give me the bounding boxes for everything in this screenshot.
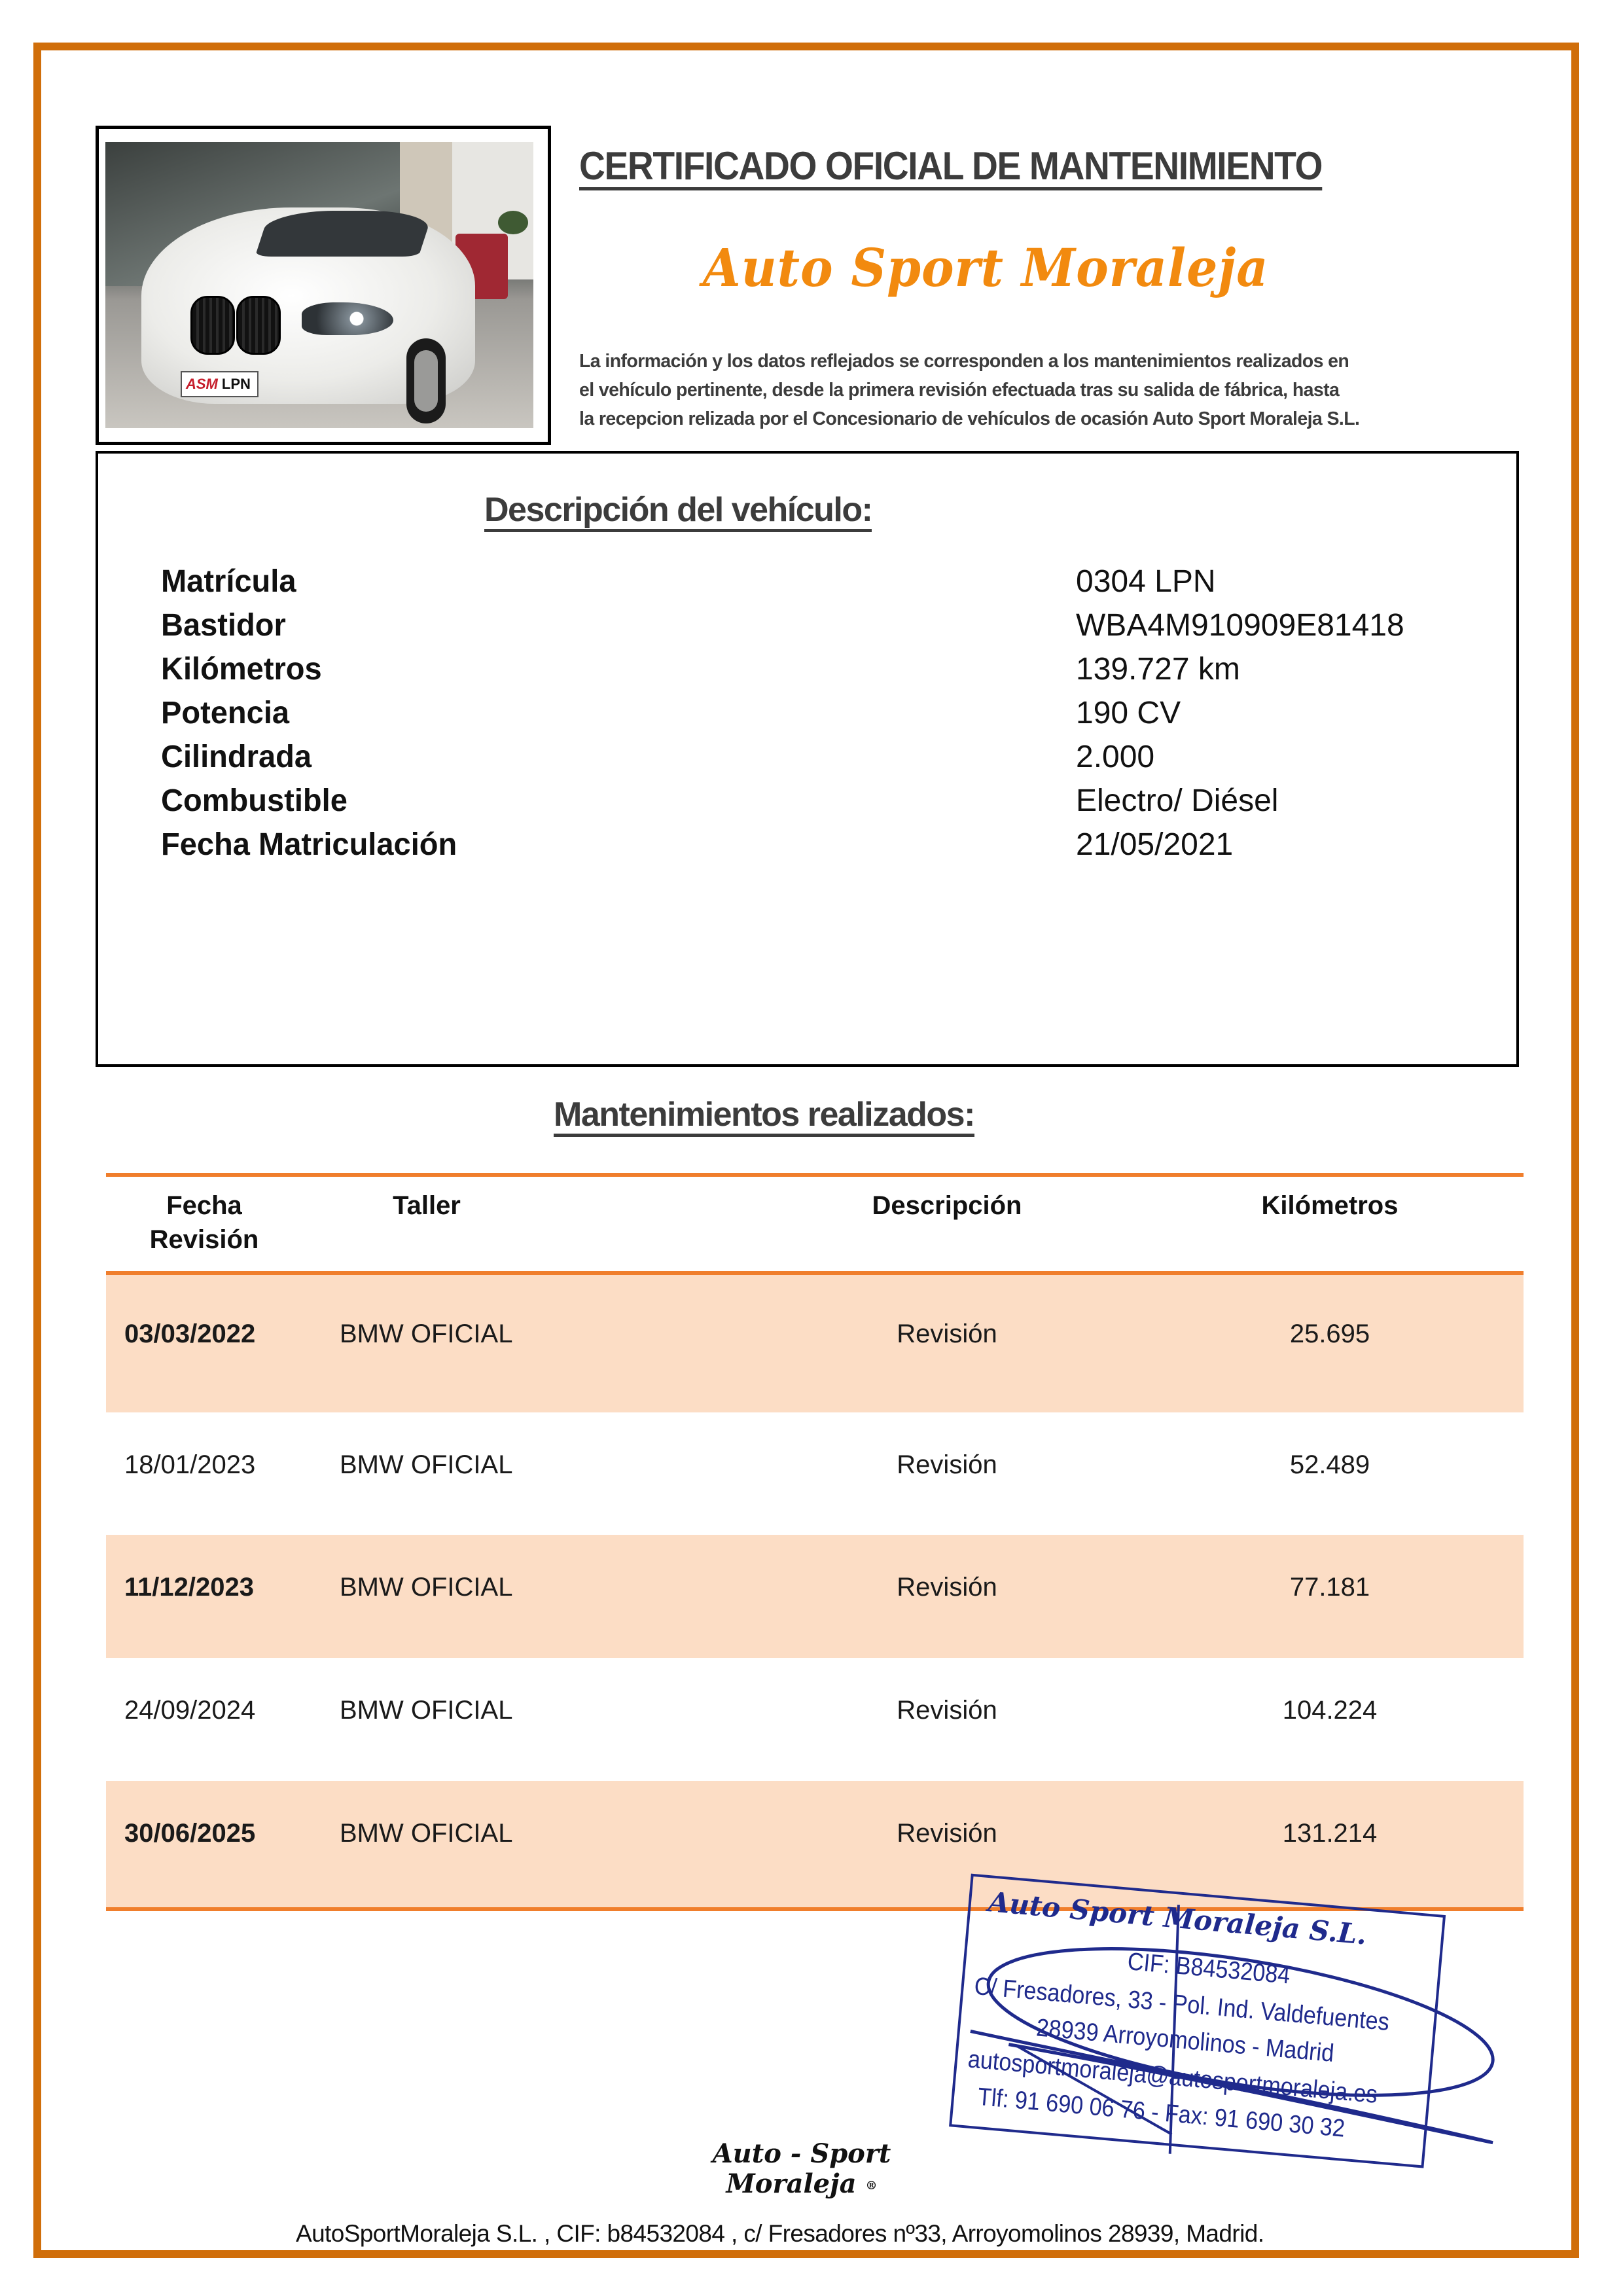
spec-label: Kilómetros	[161, 647, 322, 691]
spec-value: Electro/ Diésel	[1076, 779, 1278, 823]
brand-title: Auto Sport Moraleja	[703, 237, 1268, 298]
footer-logo-line1: Auto - Sport	[694, 2139, 910, 2169]
cell-km: 104.224	[1219, 1696, 1441, 1725]
spec-label: Fecha Matriculación	[161, 823, 457, 867]
spec-value: 139.727 km	[1076, 647, 1240, 691]
vehicle-photo-frame: ASMLPN	[96, 126, 551, 445]
intro-paragraph: La información y los datos reflejados se…	[579, 347, 1535, 433]
registered-mark: ®	[865, 2179, 877, 2193]
vehicle-section-title: Descripción del vehículo:	[484, 491, 872, 532]
cell-workshop: BMW OFICIAL	[340, 1319, 512, 1349]
spec-row-cilindrada: Cilindrada 2.000	[161, 735, 1470, 779]
maintenance-section-title: Mantenimientos realizados:	[554, 1096, 974, 1137]
plate-text: LPN	[222, 376, 251, 392]
spec-label: Potencia	[161, 691, 289, 735]
footer-company-info: AutoSportMoraleja S.L. , CIF: b84532084 …	[296, 2220, 1264, 2248]
spec-value: WBA4M910909E81418	[1076, 603, 1404, 647]
spec-label: Matrícula	[161, 560, 296, 603]
spec-label: Bastidor	[161, 603, 286, 647]
cell-km: 25.695	[1219, 1319, 1441, 1349]
cell-description: Revisión	[760, 1819, 1133, 1848]
column-header-km: Kilómetros	[1219, 1189, 1441, 1223]
cell-date: 24/09/2024	[124, 1696, 255, 1725]
spec-value: 190 CV	[1076, 691, 1181, 735]
cell-description: Revisión	[760, 1696, 1133, 1725]
cell-workshop: BMW OFICIAL	[340, 1450, 512, 1480]
table-row: 30/06/2025BMW OFICIALRevisión131.214	[106, 1781, 1524, 1907]
cell-date: 30/06/2025	[124, 1819, 255, 1848]
cell-description: Revisión	[760, 1450, 1133, 1480]
column-header-date: Fecha Revisión	[106, 1189, 302, 1257]
cell-km: 52.489	[1219, 1450, 1441, 1480]
cell-workshop: BMW OFICIAL	[340, 1573, 512, 1602]
cell-description: Revisión	[760, 1573, 1133, 1602]
footer-logo-line2: Moraleja	[726, 2168, 857, 2199]
spec-row-combustible: Combustible Electro/ Diésel	[161, 779, 1470, 823]
cell-workshop: BMW OFICIAL	[340, 1819, 512, 1848]
spec-value: 21/05/2021	[1076, 823, 1233, 867]
table-row: 24/09/2024BMW OFICIALRevisión104.224	[106, 1658, 1524, 1781]
cell-workshop: BMW OFICIAL	[340, 1696, 512, 1725]
intro-line: La información y los datos reflejados se…	[579, 347, 1535, 376]
column-header-date-line1: Fecha	[106, 1189, 302, 1223]
spec-row-potencia: Potencia 190 CV	[161, 691, 1470, 735]
certificate-title: CERTIFICADO OFICIAL DE MANTENIMIENTO	[579, 145, 1322, 190]
signature-icon	[922, 1897, 1516, 2182]
intro-line: la recepcion relizada por el Concesionar…	[579, 404, 1535, 433]
footer-logo: Auto - Sport Moraleja ®	[694, 2139, 910, 2201]
vehicle-photo: ASMLPN	[105, 142, 533, 428]
spec-value: 2.000	[1076, 735, 1154, 779]
company-stamp: Auto Sport Moraleja S.L. CIF: B84532084 …	[948, 1874, 1467, 2178]
spec-value: 0304 LPN	[1076, 560, 1216, 603]
spec-label: Cilindrada	[161, 735, 312, 779]
spec-row-fecha-matriculacion: Fecha Matriculación 21/05/2021	[161, 823, 1470, 867]
table-row: 18/01/2023BMW OFICIALRevisión52.489	[106, 1412, 1524, 1535]
table-header: Fecha Revisión Taller Descripción Kilóme…	[106, 1177, 1524, 1271]
column-header-description: Descripción	[760, 1189, 1133, 1223]
spec-row-matricula: Matrícula 0304 LPN	[161, 560, 1470, 603]
column-header-workshop: Taller	[355, 1189, 499, 1223]
license-plate: ASMLPN	[181, 371, 259, 397]
table-row: 03/03/2022BMW OFICIALRevisión25.695	[106, 1275, 1524, 1412]
cell-km: 131.214	[1219, 1819, 1441, 1848]
spec-row-bastidor: Bastidor WBA4M910909E81418	[161, 603, 1470, 647]
cell-date: 18/01/2023	[124, 1450, 255, 1480]
spec-row-kilometros: Kilómetros 139.727 km	[161, 647, 1470, 691]
cell-km: 77.181	[1219, 1573, 1441, 1602]
column-header-date-line2: Revisión	[106, 1223, 302, 1257]
cell-date: 11/12/2023	[124, 1573, 254, 1602]
spec-label: Combustible	[161, 779, 348, 823]
cell-date: 03/03/2022	[124, 1319, 255, 1349]
intro-line: el vehículo pertinente, desde la primera…	[579, 376, 1535, 404]
cell-description: Revisión	[760, 1319, 1133, 1349]
plate-badge: ASM	[186, 376, 218, 392]
table-row: 11/12/2023BMW OFICIALRevisión77.181	[106, 1535, 1524, 1658]
